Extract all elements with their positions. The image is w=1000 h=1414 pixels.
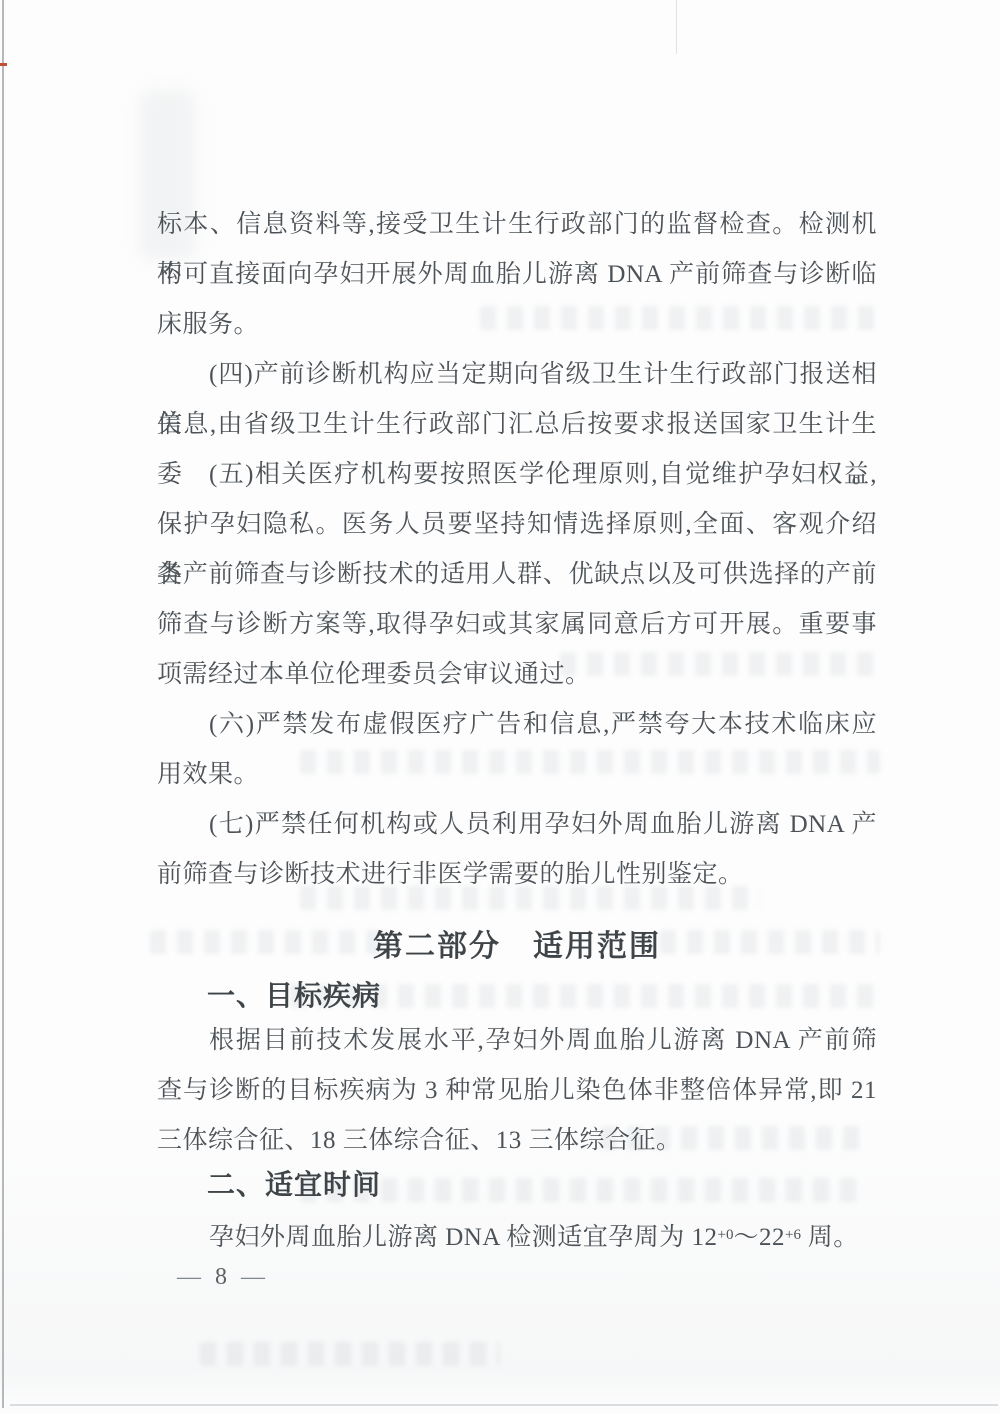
section-heading-part-two: 第二部分 适用范围	[157, 925, 877, 969]
body-text-line: 项需经过本单位伦理委员会审议通过。	[157, 650, 877, 700]
scanned-document-page: 标本、信息资料等,接受卫生计生行政部门的监督检查。检测机构 不可直接面向孕妇开展…	[0, 0, 1000, 1414]
page-number-footer: —8—	[177, 1262, 265, 1292]
gestation-superscript-high: +6	[785, 1227, 801, 1243]
body-text-line: 用效果。	[157, 750, 877, 800]
body-text-line: 筛查与诊断方案等,取得孕妇或其家属同意后方可开展。重要事	[157, 600, 877, 650]
body-text-line: 根据目前技术发展水平,孕妇外周血胎儿游离 DNA 产前筛	[157, 1016, 877, 1066]
gestation-text-suffix: 周。	[801, 1224, 859, 1251]
body-text-line: 类产前筛查与诊断技术的适用人群、优缺点以及可供选择的产前	[157, 550, 877, 600]
body-text-line: 前筛查与诊断技术进行非医学需要的胎儿性别鉴定。	[157, 850, 877, 900]
body-text-line: (四)产前诊断机构应当定期向省级卫生计生行政部门报送相关	[157, 350, 877, 400]
body-text-line: 床服务。	[157, 300, 877, 350]
body-text-line: (七)严禁任何机构或人员利用孕妇外周血胎儿游离 DNA 产	[157, 800, 877, 850]
scan-left-edge-line	[2, 0, 4, 1408]
document-text-block: 标本、信息资料等,接受卫生计生行政部门的监督检查。检测机构 不可直接面向孕妇开展…	[157, 0, 877, 1414]
body-text-line: 标本、信息资料等,接受卫生计生行政部门的监督检查。检测机构	[157, 200, 877, 250]
subheading-target-diseases: 一、目标疾病	[207, 973, 381, 1019]
body-text-line: 三体综合征、18 三体综合征、13 三体综合征。	[157, 1116, 877, 1166]
body-text-line: 信息,由省级卫生计生行政部门汇总后按要求报送国家卫生计生委。	[157, 400, 877, 450]
subheading-suitable-time: 二、适宜时间	[207, 1162, 381, 1208]
scan-red-registration-mark	[0, 63, 7, 66]
body-text-line-gestation: 孕妇外周血胎儿游离 DNA 检测适宜孕周为 12+0～22+6 周。	[157, 1210, 877, 1260]
body-text-line: 不可直接面向孕妇开展外周血胎儿游离 DNA 产前筛查与诊断临	[157, 250, 877, 300]
gestation-text-mid: ～22	[734, 1224, 786, 1251]
gestation-text-prefix: 孕妇外周血胎儿游离 DNA 检测适宜孕周为 12	[209, 1224, 718, 1251]
body-text-line: (六)严禁发布虚假医疗广告和信息,严禁夸大本技术临床应	[157, 700, 877, 750]
body-text-line: 保护孕妇隐私。医务人员要坚持知情选择原则,全面、客观介绍各	[157, 500, 877, 550]
page-number: 8	[215, 1264, 227, 1290]
body-text-line: 查与诊断的目标疾病为 3 种常见胎儿染色体非整倍体异常,即 21	[157, 1066, 877, 1116]
body-text-line: (五)相关医疗机构要按照医学伦理原则,自觉维护孕妇权益,	[157, 450, 877, 500]
gestation-superscript-low: +0	[718, 1227, 734, 1243]
footer-dash-right: —	[241, 1264, 265, 1290]
footer-dash-left: —	[177, 1264, 201, 1290]
